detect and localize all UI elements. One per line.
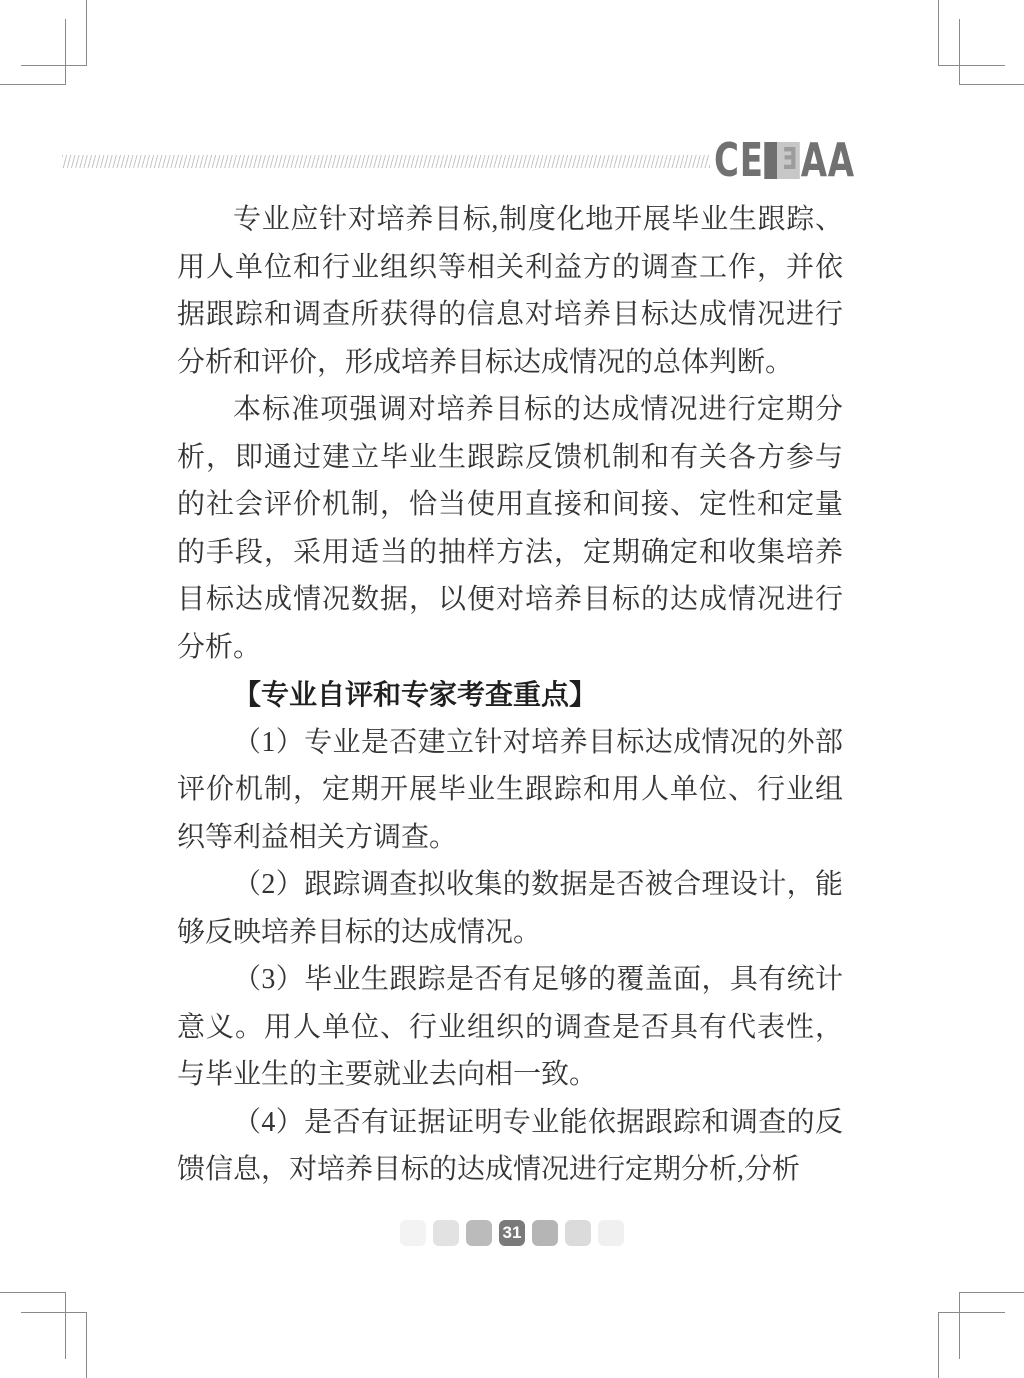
list-item-2: （2）跟踪调查拟收集的数据是否被合理设计，能够反映培养目标的达成情况。 xyxy=(177,861,843,956)
pager-square xyxy=(466,1220,492,1246)
crop-mark-top-right-inner xyxy=(959,19,1024,85)
pager-square xyxy=(532,1220,558,1246)
list-item-4: （4）是否有证据证明专业能依据跟踪和调查的反馈信息，对培养目标的达成情况进行定期… xyxy=(177,1099,843,1194)
logo-text-left: CE xyxy=(714,137,764,183)
pager-square xyxy=(433,1220,459,1246)
pager: 31 xyxy=(0,1220,1024,1246)
logo-text-right: AA xyxy=(801,137,855,183)
paragraph-1: 专业应针对培养目标,制度化地开展毕业生跟踪、用人单位和行业组织等相关利益方的调查… xyxy=(177,196,843,386)
paragraph-2: 本标准项强调对培养目标的达成情况进行定期分析，即通过建立毕业生跟踪反馈机制和有关… xyxy=(177,386,843,671)
logo-reversed-e: Ǝ xyxy=(782,145,797,175)
document-text-column: 专业应针对培养目标,制度化地开展毕业生跟踪、用人单位和行业组织等相关利益方的调查… xyxy=(177,196,843,1194)
pager-square xyxy=(598,1220,624,1246)
scanned-document-page: CE Ǝ AA 专业应针对培养目标,制度化地开展毕业生跟踪、用人单位和行业组织等… xyxy=(0,0,1024,1378)
pager-square xyxy=(565,1220,591,1246)
section-heading: 【专业自评和专家考查重点】 xyxy=(177,671,843,719)
crop-mark-top-left-inner xyxy=(0,19,66,85)
pager-square xyxy=(400,1220,426,1246)
logo-tile: Ǝ xyxy=(764,142,800,179)
crop-mark-bottom-right-outer xyxy=(938,1312,1005,1378)
list-item-1: （1）专业是否建立针对培养目标达成情况的外部评价机制，定期开展毕业生跟踪和用人单… xyxy=(177,719,843,862)
list-item-3: （3）毕业生跟踪是否有足够的覆盖面，具有统计意义。用人单位、行业组织的调查是否具… xyxy=(177,956,843,1099)
crop-mark-bottom-left-outer xyxy=(21,1312,87,1378)
header-hatched-rule xyxy=(62,155,710,168)
ceeaa-logo: CE Ǝ AA xyxy=(714,134,855,186)
page-number-badge: 31 xyxy=(499,1220,525,1246)
